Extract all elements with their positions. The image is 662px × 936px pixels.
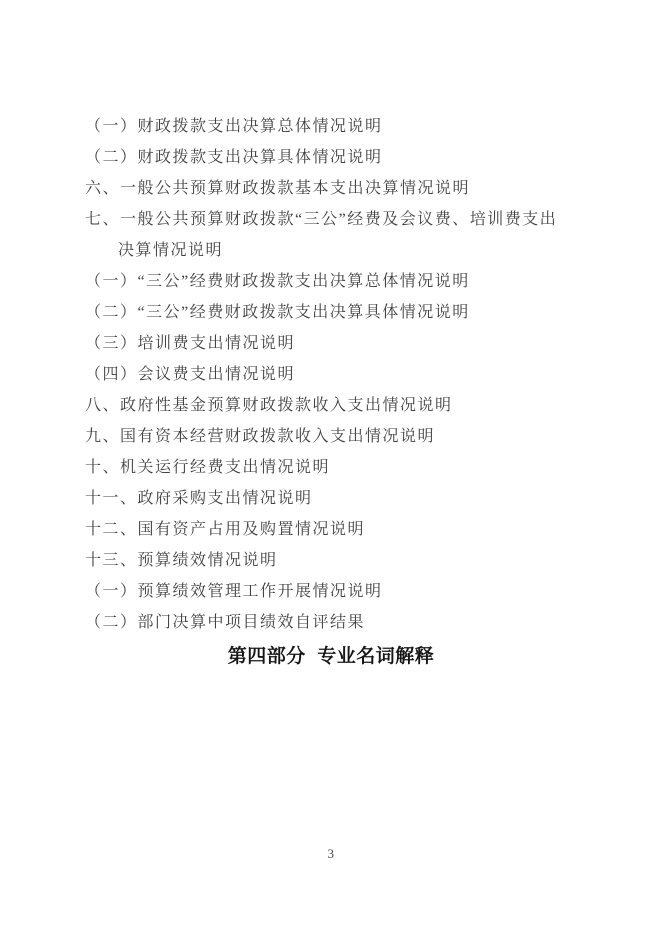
- document-page: （一）财政拨款支出决算总体情况说明 （二）财政拨款支出决算具体情况说明 六、一般…: [0, 0, 662, 936]
- toc-entry: 九、国有资本经营财政拨款收入支出情况说明: [85, 421, 577, 452]
- section-heading: 第四部分 专业名词解释: [85, 640, 577, 673]
- toc-entry: 六、一般公共预算财政拨款基本支出决算情况说明: [85, 173, 577, 204]
- toc-entry: 八、政府性基金预算财政拨款收入支出情况说明: [85, 390, 577, 421]
- toc-entry: 十、机关运行经费支出情况说明: [85, 452, 577, 483]
- toc-entry: （二）财政拨款支出决算具体情况说明: [85, 142, 577, 173]
- toc-entry: （一）预算绩效管理工作开展情况说明: [85, 576, 577, 607]
- toc-entry: （二）部门决算中项目绩效自评结果: [85, 607, 577, 638]
- table-of-contents: （一）财政拨款支出决算总体情况说明 （二）财政拨款支出决算具体情况说明 六、一般…: [85, 111, 577, 673]
- toc-entry: （一）“三公”经费财政拨款支出决算总体情况说明: [85, 266, 577, 297]
- toc-entry: 十三、预算绩效情况说明: [85, 545, 577, 576]
- toc-entry: 七、一般公共预算财政拨款“三公”经费及会议费、培训费支出: [85, 204, 577, 235]
- toc-entry-continuation: 决算情况说明: [85, 235, 577, 266]
- toc-entry: （四）会议费支出情况说明: [85, 359, 577, 390]
- toc-entry: （一）财政拨款支出决算总体情况说明: [85, 111, 577, 142]
- toc-entry: 十二、国有资产占用及购置情况说明: [85, 514, 577, 545]
- toc-entry: （三）培训费支出情况说明: [85, 328, 577, 359]
- toc-entry: 十一、政府采购支出情况说明: [85, 483, 577, 514]
- toc-entry: （二）“三公”经费财政拨款支出决算具体情况说明: [85, 297, 577, 328]
- page-number: 3: [0, 846, 662, 862]
